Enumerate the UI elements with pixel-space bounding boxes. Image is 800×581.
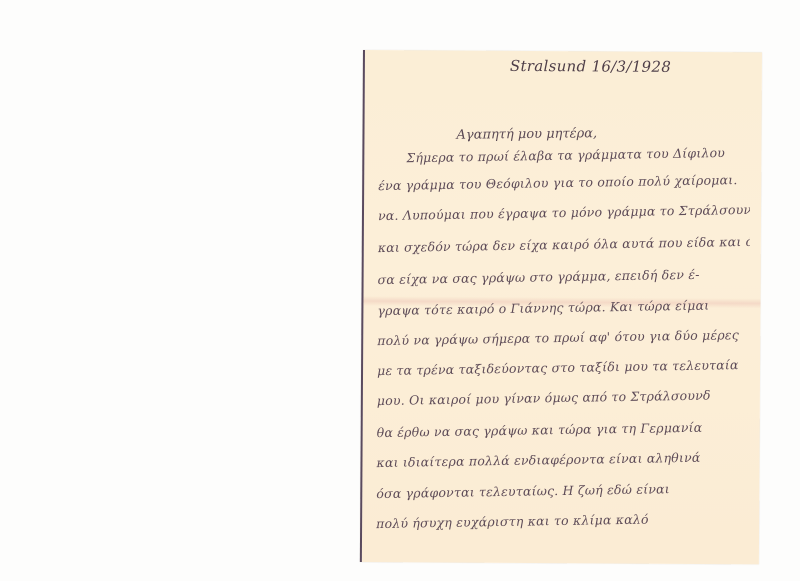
letter-line: θα έρθω να σας γράψω και τώρα για τη Γερ… — [377, 419, 749, 440]
letter-line: να. Λυπούμαι που έγραψα το μόνο γράμμα τ… — [378, 202, 750, 223]
letter-line: και ιδιαίτερα πολλά ενδιαφέροντα είναι α… — [376, 449, 748, 470]
letter-line: ένα γράμμα του Θεόφιλου για το οποίο πολ… — [378, 172, 750, 193]
letter-line: όσα γράφονται τελευταίως. Η ζωή εδώ είνα… — [376, 480, 748, 501]
letter-greeting: Αγαπητή μου μητέρα, — [456, 126, 597, 143]
letter-line: και σχεδόν τώρα δεν είχα καιρό όλα αυτά … — [378, 234, 750, 255]
letter-page: Stralsund 16/3/1928 Αγαπητή μου μητέρα, … — [360, 50, 762, 564]
letter-line: πολύ να γράψω σήμερα το πρωί αφ' ότου γι… — [377, 327, 749, 348]
letter-line: μου. Οι καιροί μου γίναν όμως από το Στρ… — [377, 387, 749, 408]
letter-line: με τα τρένα ταξιδεύοντας στο ταξίδι μου … — [377, 357, 749, 378]
letter-line: Σήμερα το πρωί έλαβα τα γράμματα του Δίφ… — [406, 145, 750, 166]
letter-line: σα είχα να σας γράψω στο γράμμα, επειδή … — [377, 266, 749, 287]
place-and-date: Stralsund 16/3/1928 — [510, 57, 671, 76]
letter-line: πολύ ήσυχη ευχάριστη και το κλίμα καλό — [376, 510, 748, 531]
